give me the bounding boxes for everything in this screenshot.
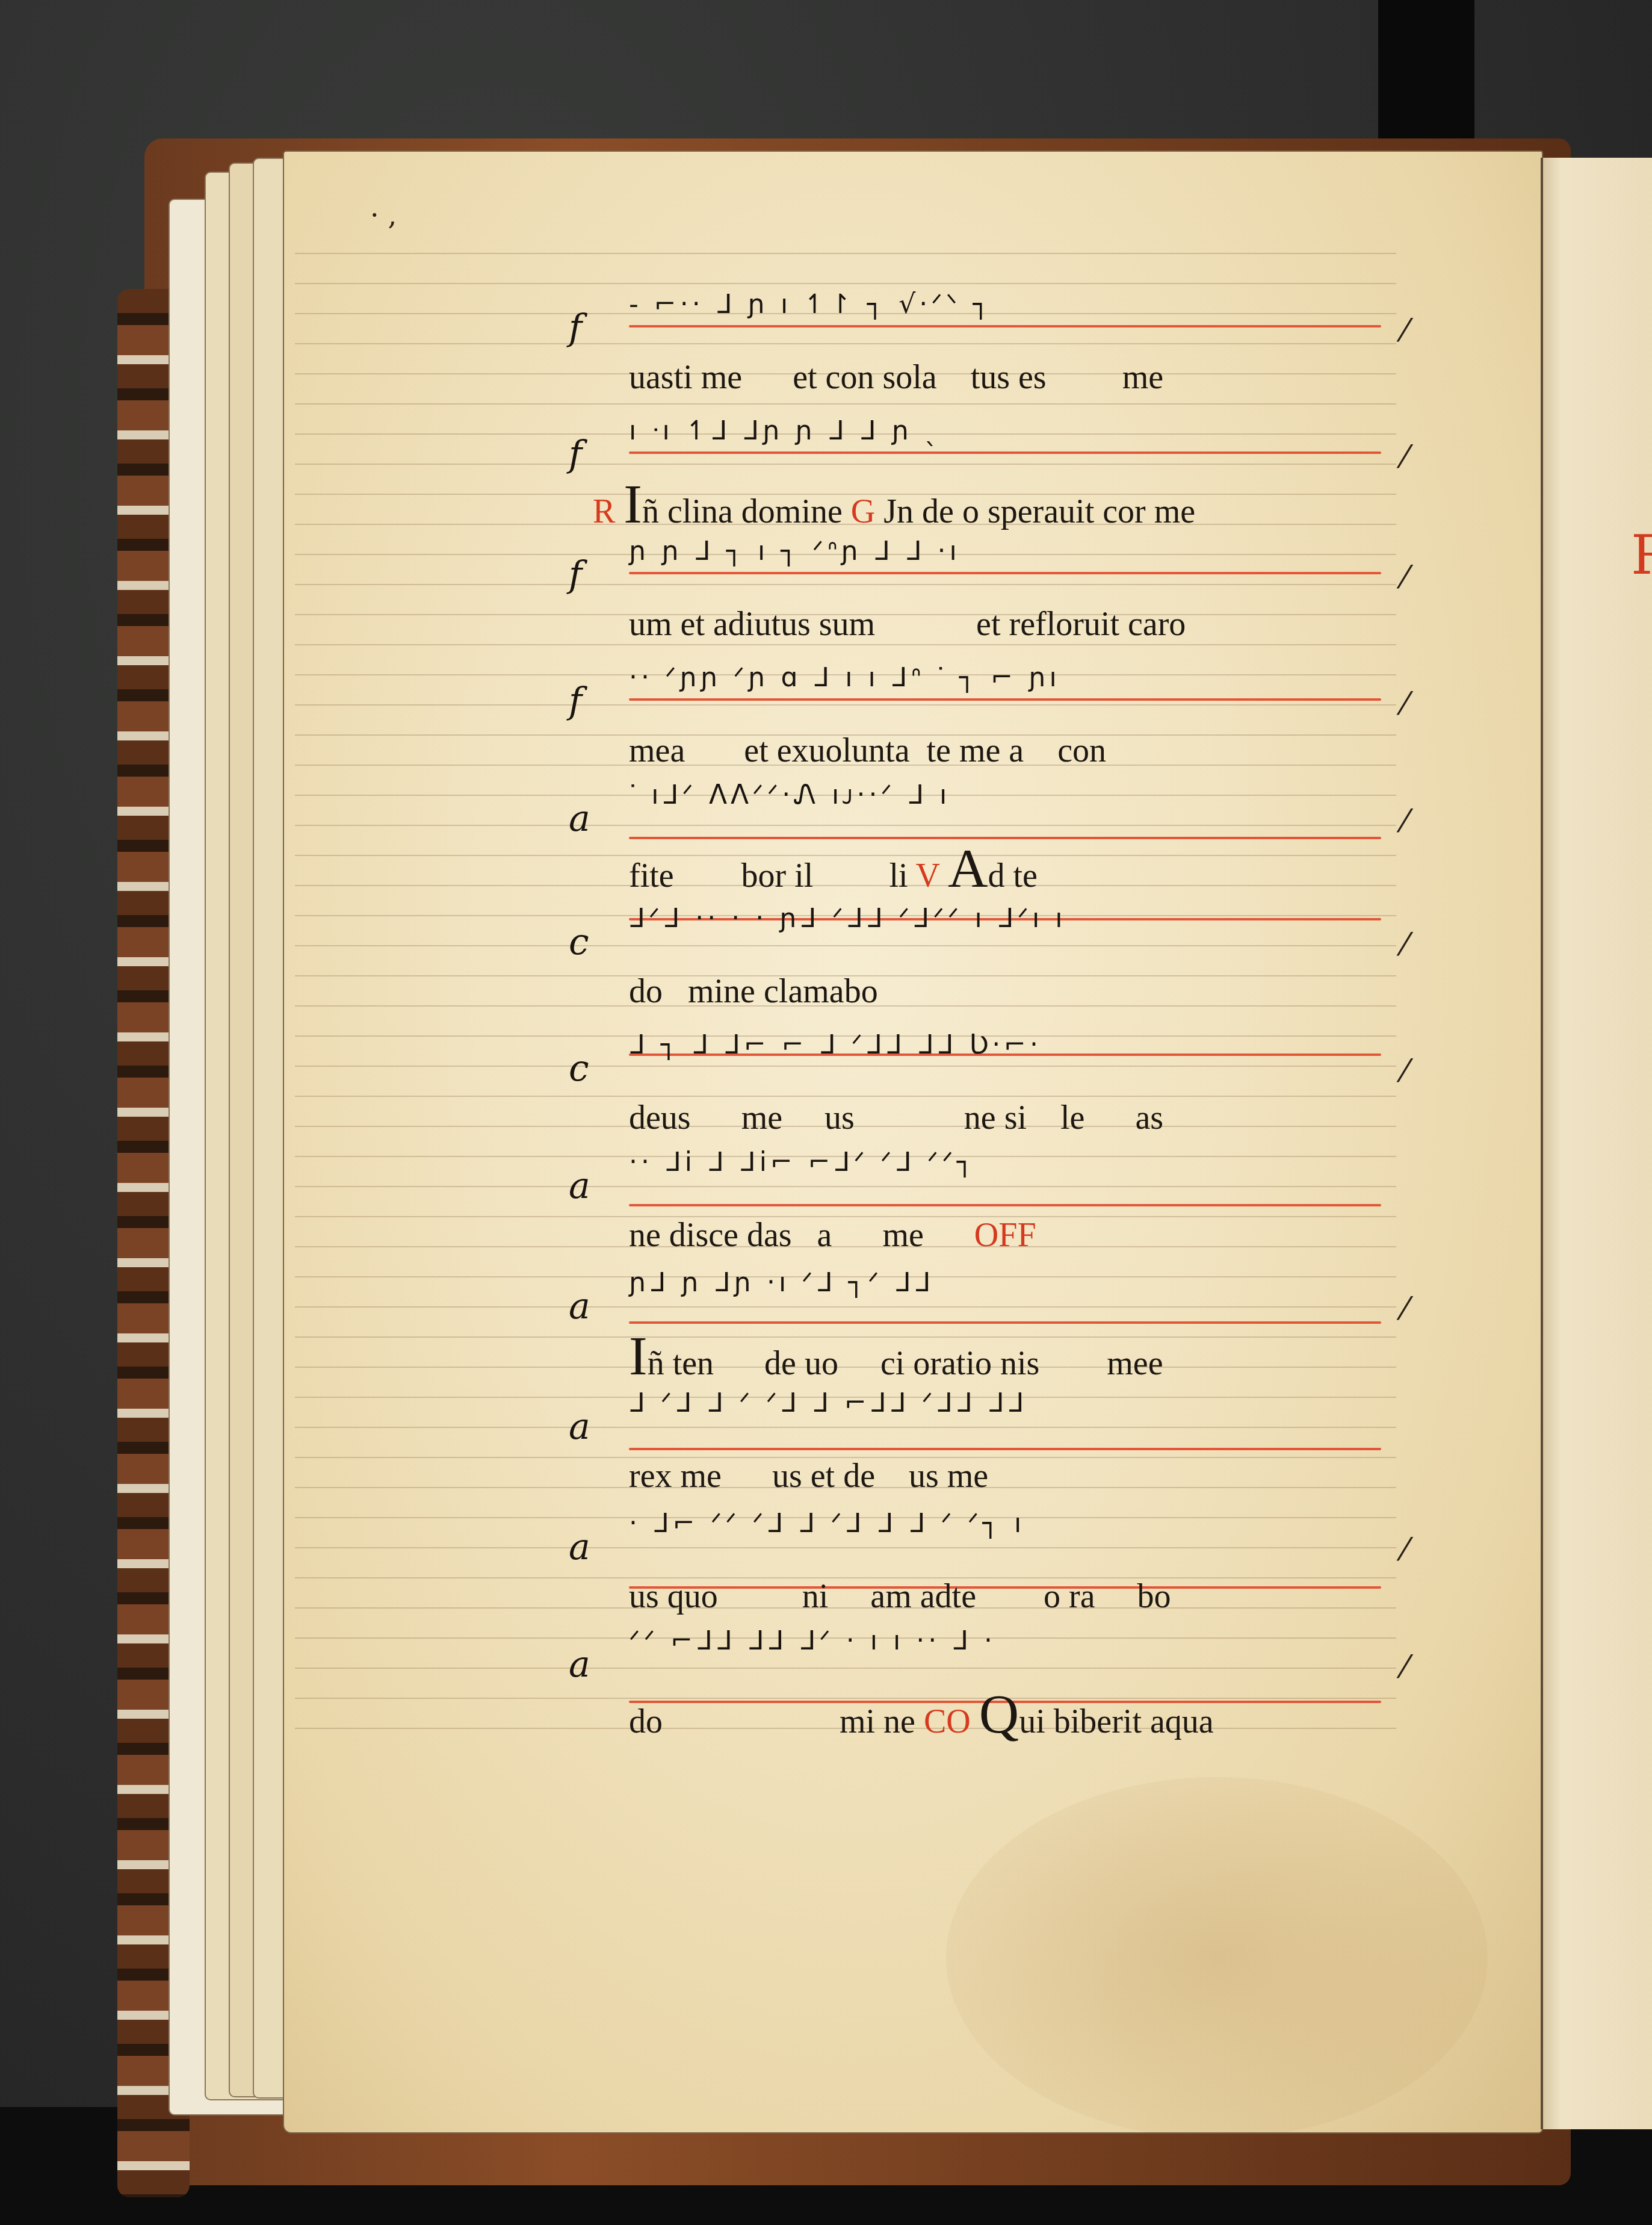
lyric-text: d te [988,857,1037,895]
lyric-line: us quo ni am adte o ra bo [629,1577,1171,1616]
neume-row: ɲᒧ ɲ ᒧɲ ·ı ᐟᒧ ┐ᐟ ᒧᒧ [629,1267,934,1298]
manuscript-page [283,151,1543,2133]
neume-row: · ᒧ⌐ ᐟᐟ ᐟᒧ ᒧ ᐟᒧ ᒧ ᒧ ᐟ ᐟ┐ ı [629,1508,1025,1539]
ruling-line [295,283,1396,284]
ruling-line [295,253,1396,254]
custos-mark: ⁄ [1402,313,1408,349]
lyric-line: ne disce das a me OFF [629,1216,1036,1255]
clef-letter: a [569,1165,590,1207]
red-staff-line [629,1204,1381,1206]
clef-letter: c [569,921,589,963]
lyric-text: deus me us ne si le as [629,1099,1163,1137]
neume-row: ᐝ ıᒧᐟ ɅɅᐟᐟ·Ꮑ ıᴊ··ᐟ ᒧ ı [629,780,950,810]
custos-mark: ⁄ [1402,560,1408,596]
ruling-line [295,825,1396,826]
neume-row: ᒧᐟᒧ ·· · · ɲᒧ ᐟᒧᒧ ᐟᒧᐟᐟ ı ᒧᐟı ı [629,903,1066,934]
neume-row: ·· ᐟɲɲ ᐟɲ ɑ ᒧ ı ı ᒧᐢ ᐝ ┐ ⌐ ɲı [629,662,1060,693]
rubric-mark: CO [915,1703,979,1740]
lyric-text: uasti me et con sola tus es me [629,359,1163,396]
neume-row: ı ᐧı ↿ᒧ ᒧɲ ɲ ᒧ ᒧ ɲ ˎ [629,415,941,446]
lyric-text: ne disce das a me [629,1217,924,1254]
custos-mark: ⁄ [1402,1291,1408,1327]
neume-row: ᒧ ᐟᒧ ᒧ ᐟ ᐟᒧ ᒧ ⌐ᒧᒧ ᐟᒧᒧ ᒧᒧ [629,1388,1027,1418]
lyric-text: Jn de o sperauit cor me [883,493,1195,530]
lyric-text: ñ ten de uo ci oratio nis mee [648,1345,1163,1382]
ruling-line [295,644,1396,645]
clef-letter: f [569,433,582,476]
offertory-rubric: OFF [924,1217,1036,1254]
custos-mark: ⁄ [1402,1532,1408,1568]
lyric-text: um et adiutus sum et refloruit caro [629,606,1186,643]
ruling-line [295,1066,1396,1067]
neume-row: ᐟᐟ ⌐ᒧᒧ ᒧᒧ ᒧᐟ · ı ı ·· ᒧ · [629,1625,996,1656]
margin-marks: · ‚ [370,199,397,231]
neume-row: ᒧ ┐ ᒧ ᒧ⌐ ⌐ ᒧ ᐟᒧᒧ ᒧᒧ Ʋ·⌐· [629,1029,1042,1060]
rubric-response-mark: R [593,493,623,530]
ruling-line [295,1668,1396,1669]
water-stain [946,1777,1488,2133]
red-staff-line [629,698,1381,701]
red-staff-line [629,1321,1381,1324]
ruling-line [295,584,1396,585]
ruling-line [295,403,1396,405]
lyric-line: rex me us et de us me [629,1457,988,1495]
lyric-line: R Iñ clina domine G Jn de o sperauit cor… [593,485,1195,531]
lyric-line: um et adiutus sum et refloruit caro [629,605,1186,644]
clef-letter: a [569,798,590,840]
clef-letter: a [569,1526,590,1568]
lyric-line: deus me us ne si le as [629,1099,1163,1137]
red-staff-line [629,452,1381,454]
clef-letter: a [569,1285,590,1327]
red-staff-line [629,1448,1381,1450]
custos-mark: ⁄ [1402,1054,1408,1090]
clef-letter: f [569,554,582,596]
lyric-text: do mine clamabo [629,973,878,1010]
initial-letter: Q [979,1683,1019,1745]
lyric-text: mea et exuolunta te me a con [629,732,1106,769]
ruling-line [295,704,1396,706]
lyric-line: uasti me et con sola tus es me [629,358,1163,397]
custos-mark: ⁄ [1402,686,1408,722]
ruling-line [295,343,1396,344]
initial-letter: I [623,473,642,535]
clef-letter: a [569,1643,590,1686]
lyric-text: rex me us et de us me [629,1457,988,1495]
neume-row: ɲ ɲ ᒧ ┐ ı ┐ ᐟᐢɲ ᒧ ᒧ ·ı [629,536,961,566]
ruling-line [295,1427,1396,1428]
lyric-line: Iñ ten de uo ci oratio nis mee [629,1336,1163,1383]
binding-shadow [1378,0,1474,157]
red-staff-line [629,325,1381,327]
lyric-text: ñ clina domine [642,493,843,530]
initial-letter: I [629,1325,648,1386]
initial-letter: A [948,837,988,899]
clef-letter: a [569,1406,590,1448]
neume-row: ·· ᒧi ᒧ ᒧi⌐ ⌐ᒧᐟ ᐟᒧ ᐟᐟ┐ [629,1147,976,1178]
ruling-line [295,945,1396,946]
custos-mark: ⁄ [1402,439,1408,476]
ruling-line [295,1096,1396,1097]
lyric-line: fite bor il li V Ad te [629,849,1038,895]
lyric-text: fite bor il li [629,857,908,895]
red-staff-line [629,837,1381,839]
lyric-text: do mi ne [629,1703,915,1740]
facing-page-rubric: R [1631,524,1652,587]
lyric-line: do mi ne CO Qui biberit aqua [629,1695,1214,1741]
lyric-line: do mine clamabo [629,972,878,1011]
rubric-mark: V [908,857,948,895]
red-staff-line [629,572,1381,574]
custos-mark: ⁄ [1402,804,1408,840]
clef-letter: c [569,1047,589,1090]
neume-row: ‐ ⌐·· ᒧ ɲ ı ↿↾ ┐ √·ᐟᐠ ┐ [629,289,992,320]
rubric-mark: G [843,493,883,530]
custos-mark: ⁄ [1402,927,1408,963]
facing-page [1541,158,1652,2129]
clef-letter: f [569,307,582,349]
ruling-line [295,464,1396,465]
lyric-text: ui biberit aqua [1019,1703,1213,1740]
ruling-line [295,1547,1396,1548]
clef-letter: f [569,680,582,722]
custos-mark: ⁄ [1402,1649,1408,1686]
ruling-line [295,1186,1396,1187]
lyric-text: us quo ni am adte o ra bo [629,1578,1171,1615]
ruling-line [295,1306,1396,1308]
lyric-line: mea et exuolunta te me a con [629,731,1106,770]
